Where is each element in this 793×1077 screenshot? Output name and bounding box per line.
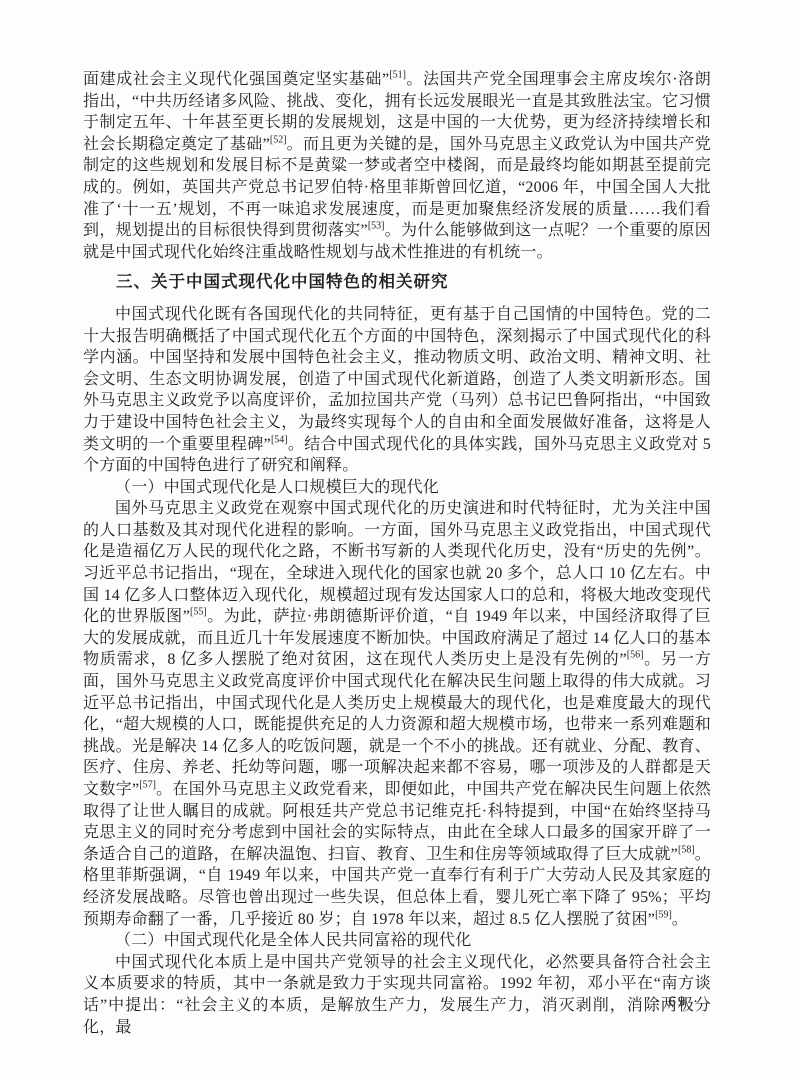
sub-heading: （二）中国式现代化是全体人民共同富裕的现代化 bbox=[83, 930, 711, 952]
footnote-ref: [53] bbox=[368, 221, 385, 232]
footnote-ref: [59] bbox=[655, 909, 672, 920]
paragraph: 中国式现代化本质上是中国共产党领导的社会主义现代化，必然要具备符合社会主义本质要… bbox=[83, 952, 711, 1038]
footnote-ref: [57] bbox=[139, 780, 156, 791]
paragraph: 面建成社会主义现代化强国奠定坚实基础”[51]。法国共产党全国理事会主席皮埃尔·… bbox=[83, 69, 711, 263]
article-body: 面建成社会主义现代化强国奠定坚实基础”[51]。法国共产党全国理事会主席皮埃尔·… bbox=[83, 69, 711, 1038]
paragraph: 国外马克思主义政党在观察中国式现代化的历史演进和时代特征时，尤为关注中国的人口基… bbox=[83, 498, 711, 930]
footnote-ref: [54] bbox=[271, 434, 288, 445]
footnote-ref: [52] bbox=[270, 134, 287, 145]
footnote-ref: [56] bbox=[627, 650, 644, 661]
paragraph: 中国式现代化既有各国现代化的共同特征，更有基于自己国情的中国特色。党的二十大报告… bbox=[83, 304, 711, 477]
page-number: · 69 · bbox=[656, 994, 701, 1011]
footnote-ref: [51] bbox=[389, 70, 406, 81]
page: 面建成社会主义现代化强国奠定坚实基础”[51]。法国共产党全国理事会主席皮埃尔·… bbox=[0, 0, 793, 1077]
footnote-ref: [58] bbox=[678, 844, 695, 855]
footnote-ref: [55] bbox=[190, 607, 207, 618]
section-heading: 三、关于中国式现代化中国特色的相关研究 bbox=[83, 272, 711, 294]
sub-heading: （一）中国式现代化是人口规模巨大的现代化 bbox=[83, 477, 711, 499]
